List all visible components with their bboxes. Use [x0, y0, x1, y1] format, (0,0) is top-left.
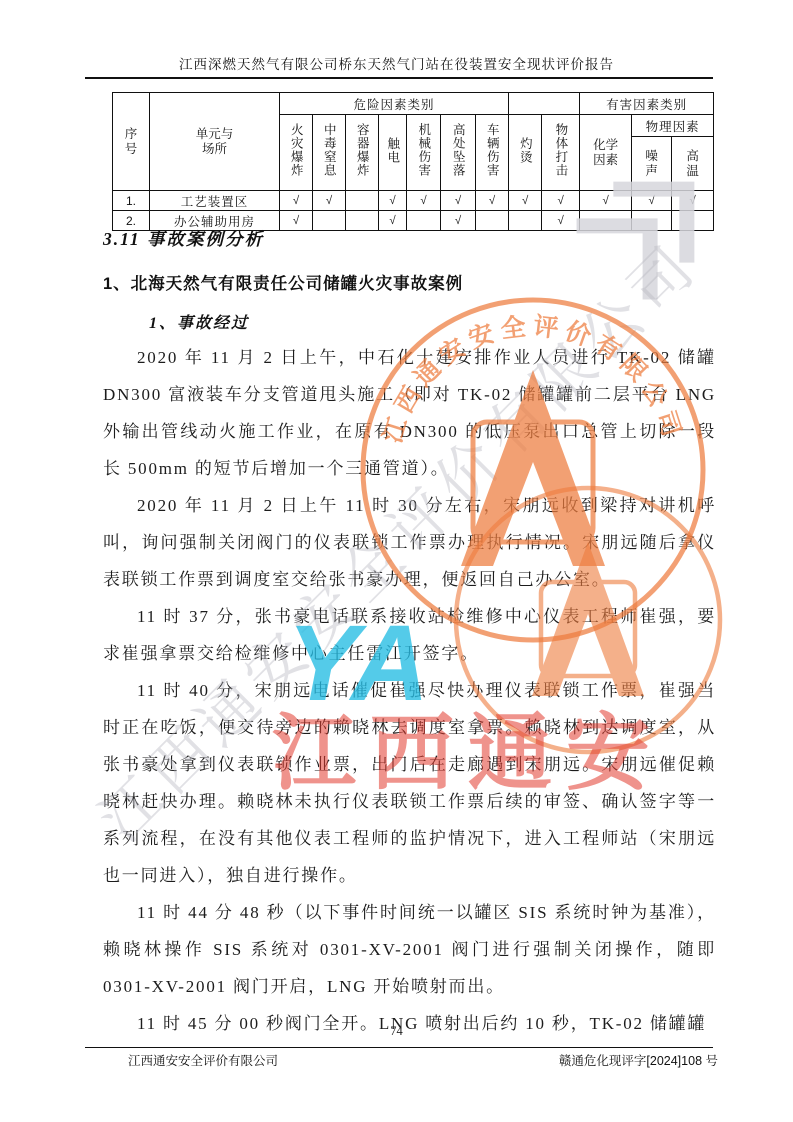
report-header-title: 江西深燃天然气有限公司桥东天然气门站在役装置安全现状评价报告: [0, 53, 793, 73]
group-header-danger: 危险因素类别: [280, 93, 509, 115]
risk-factor-table: 序 号 单元与 场所 危险因素类别 有害因素类别 火灾爆炸 中毒窒息 容器爆炸 …: [112, 92, 714, 231]
subsection-heading-accident-course: 1、事故经过: [149, 310, 716, 333]
group-header-harm: 有害因素类别: [580, 93, 714, 115]
paragraph: 11 时 37 分，张书豪电话联系接收站检维修中心仪表工程师崔强，要求崔强拿票交…: [103, 598, 716, 672]
header-rule: [85, 77, 713, 79]
col-header-chemical: 化学 因素: [580, 115, 632, 191]
group-header-physical: 物理因素: [632, 115, 714, 137]
col-header-poison: 中毒窒息: [313, 115, 346, 191]
group-header-blank: [509, 93, 580, 115]
section-heading-accident-case-analysis: 3.11 事故案例分析: [103, 226, 716, 251]
footer-company: 江西通安安全评价有限公司: [128, 1051, 278, 1069]
page-number: 74: [0, 1024, 793, 1039]
paragraph: 11 时 44 分 48 秒（以下事件时间统一以罐区 SIS 系统时钟为基准），…: [103, 894, 716, 1005]
paragraph: 11 时 40 分，宋朋远电话催促崔强尽快办理仪表联锁工作票，崔强当时正在吃饭，…: [103, 672, 716, 894]
col-header-unit: 单元与 场所: [150, 93, 280, 191]
col-header-noise: 噪 声: [632, 137, 672, 191]
paragraph: 2020 年 11 月 2 日上午 11 时 30 分左右，宋朋远收到梁持对讲机…: [103, 487, 716, 598]
document-page: 江西深燃天然气有限公司桥东天然气门站在役装置安全现状评价报告 序 号 单元与 场…: [0, 0, 793, 1122]
document-body: 3.11 事故案例分析 1、北海天然气有限责任公司储罐火灾事故案例 1、事故经过…: [103, 226, 716, 1042]
col-header-vessel: 容器爆炸: [346, 115, 379, 191]
footer-doc-number: 赣通危化现评字[2024]108 号: [559, 1051, 718, 1069]
paragraph: 2020 年 11 月 2 日上午，中石化十建安排作业人员进行 TK-02 储罐…: [103, 339, 716, 487]
footer-rule: [85, 1047, 713, 1048]
col-header-vehicle: 车辆伤害: [476, 115, 509, 191]
col-header-heat: 高 温: [672, 137, 714, 191]
page-footer: 江西通安安全评价有限公司 赣通危化现评字[2024]108 号: [128, 1051, 718, 1069]
col-header-fire: 火灾爆炸: [280, 115, 313, 191]
table-row: 1. 工艺装置区 √ √ √ √ √ √ √ √ √ √ √: [113, 191, 714, 211]
col-header-fall: 高处坠落: [441, 115, 476, 191]
col-header-seq: 序 号: [113, 93, 150, 191]
col-header-electric: 触电: [379, 115, 407, 191]
col-header-scald: 灼烫: [509, 115, 542, 191]
col-header-strike: 物体打击: [542, 115, 580, 191]
col-header-mechanical: 机械伤害: [407, 115, 441, 191]
subsection-heading-beihai-case: 1、北海天然气有限责任公司储罐火灾事故案例: [103, 270, 716, 294]
